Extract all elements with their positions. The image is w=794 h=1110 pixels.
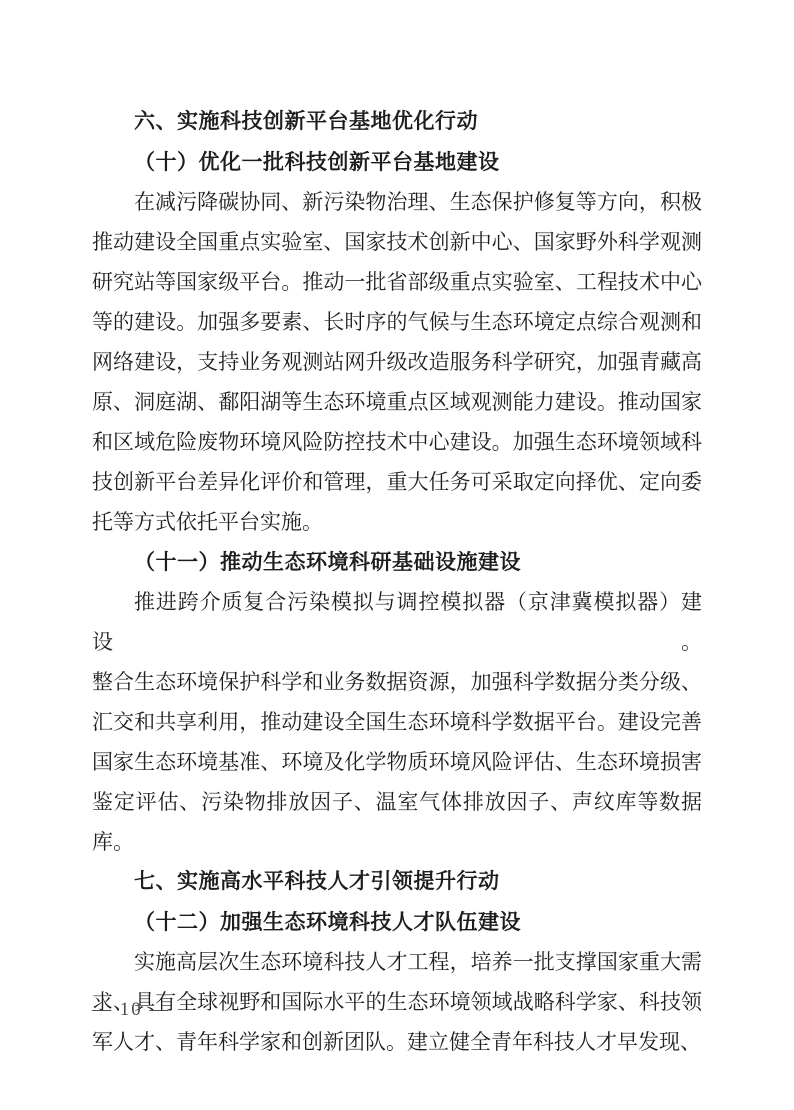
subsection-12-paragraph: 实施高层次生态环境科技人才工程，培养一批支撑国家重大需求、具有全球视野和国际水平… (92, 942, 702, 1062)
subsection-10-heading: （十）优化一批科技创新平台基地建设 (92, 142, 702, 182)
text-line: 网络建设，支持业务观测站网升级改造服务科学研究，加强青藏高 (92, 342, 702, 382)
document-content: 六、实施科技创新平台基地优化行动 （十）优化一批科技创新平台基地建设 在减污降碳… (92, 102, 702, 1062)
text-line: 技创新平台差异化评价和管理，重大任务可采取定向择优、定向委 (92, 462, 702, 502)
text-line: 军人才、青年科学家和创新团队。建立健全青年科技人才早发现、 (92, 1022, 702, 1062)
document-page: 六、实施科技创新平台基地优化行动 （十）优化一批科技创新平台基地建设 在减污降碳… (0, 0, 794, 1110)
text-line: 整合生态环境保护科学和业务数据资源，加强科学数据分类分级、 (92, 662, 702, 702)
subsection-11-heading: （十一）推动生态环境科研基础设施建设 (92, 542, 702, 582)
text-line: 研究站等国家级平台。推动一批省部级重点实验室、工程技术中心 (92, 262, 702, 302)
text-line: 托等方式依托平台实施。 (92, 502, 702, 542)
page-number: — 10 — (92, 995, 171, 1025)
text-line: 等的建设。加强多要素、长时序的气候与生态环境定点综合观测和 (92, 302, 702, 342)
text-line: 国家生态环境基准、环境及化学物质环境风险评估、生态环境损害 (92, 742, 702, 782)
text-line: 原、洞庭湖、鄱阳湖等生态环境重点区域观测能力建设。推动国家 (92, 382, 702, 422)
subsection-11-paragraph: 推进跨介质复合污染模拟与调控模拟器（京津冀模拟器）建设。整合生态环境保护科学和业… (92, 582, 702, 862)
text-line: 求、具有全球视野和国际水平的生态环境领域战略科学家、科技领 (92, 982, 702, 1022)
text-line: 和区域危险废物环境风险防控技术中心建设。加强生态环境领域科 (92, 422, 702, 462)
subsection-12-heading: （十二）加强生态环境科技人才队伍建设 (92, 902, 702, 942)
subsection-10-paragraph: 在减污降碳协同、新污染物治理、生态保护修复等方向，积极推动建设全国重点实验室、国… (92, 182, 702, 542)
text-line: 推进跨介质复合污染模拟与调控模拟器（京津冀模拟器）建设。 (92, 582, 702, 662)
text-line: 在减污降碳协同、新污染物治理、生态保护修复等方向，积极 (92, 182, 702, 222)
text-line: 实施高层次生态环境科技人才工程，培养一批支撑国家重大需 (92, 942, 702, 982)
section-7-heading: 七、实施高水平科技人才引领提升行动 (92, 862, 702, 902)
section-6-heading: 六、实施科技创新平台基地优化行动 (92, 102, 702, 142)
text-line: 推动建设全国重点实验室、国家技术创新中心、国家野外科学观测 (92, 222, 702, 262)
text-line: 汇交和共享利用，推动建设全国生态环境科学数据平台。建设完善 (92, 702, 702, 742)
text-line: 鉴定评估、污染物排放因子、温室气体排放因子、声纹库等数据库。 (92, 782, 702, 862)
